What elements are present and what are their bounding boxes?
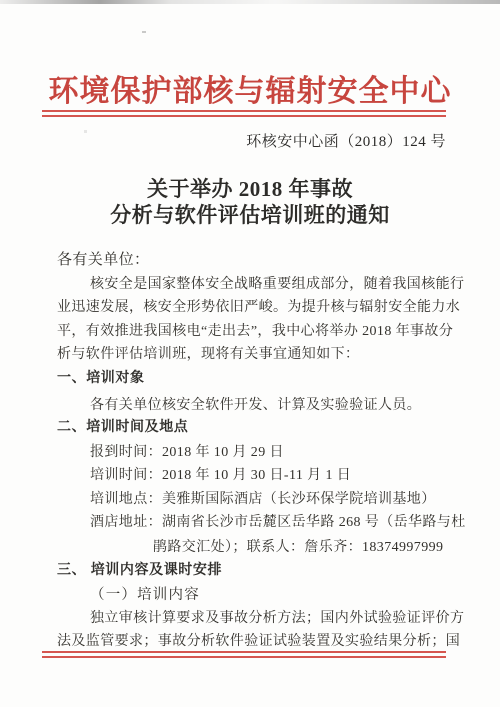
section-heading-content-schedule: 三、 培训内容及课时安排 <box>57 559 222 579</box>
letterhead-org-name: 环境保护部核与辐射安全中心 <box>0 66 500 110</box>
detail-line-training-time: 培训时间：2018 年 10 月 30 日-11 月 1 日 <box>90 464 351 484</box>
salutation: 各有关单位： <box>57 248 149 269</box>
intro-paragraph-line: 平，有效推进我国核电“走出去”，我中心将举办 2018 年事故分 <box>57 320 453 340</box>
intro-paragraph-line: 核安全是国家整体安全战略重要组成部分，随着我国核能行 <box>90 273 464 293</box>
detail-line-training-venue: 培训地点：美雅斯国际酒店（长沙环保学院培训基地） <box>90 488 436 508</box>
section-body-training-target: 各有关单位核安全软件开发、计算及实验验证人员。 <box>90 394 421 414</box>
scan-artifact-top-edge <box>0 0 500 4</box>
content-paragraph-line: 法及监管要求；事故分析软件验证试验装置及实验结果分析；国 <box>57 630 460 650</box>
scan-artifact-speck <box>142 31 146 33</box>
intro-paragraph-line: 业迅速发展，核安全形势依旧严峻。为提升核与辐射安全能力水 <box>57 296 460 316</box>
document-page: 环境保护部核与辐射安全中心 环核安中心函（2018）124 号 关于举办 201… <box>0 0 500 707</box>
detail-line-checkin-time: 报到时间：2018 年 10 月 29 日 <box>90 441 284 461</box>
subsection-heading-training-content: （一）培训内容 <box>90 583 200 604</box>
footer-divider-rule <box>42 651 446 658</box>
doc-number: 环核安中心函（2018）124 号 <box>246 130 446 151</box>
letterhead-divider-rule <box>42 110 446 117</box>
scan-artifact-speck <box>84 130 87 133</box>
intro-paragraph-line: 析与软件评估培训班，现将有关事宜通知如下： <box>57 343 359 363</box>
section-heading-time-place: 二、培训时间及地点 <box>57 416 188 436</box>
notice-title-line2: 分析与软件评估培训班的通知 <box>0 199 500 229</box>
content-paragraph-line: 独立审核计算要求及事故分析方法；国内外试验验证评价方 <box>90 607 464 627</box>
detail-line-hotel-address: 酒店地址：湖南省长沙市岳麓区岳华路 268 号（岳华路与杜 <box>90 511 466 531</box>
detail-line-hotel-address-contact: 鹃路交汇处）；联系人：詹乐齐：18374997999 <box>153 536 443 556</box>
section-heading-training-target: 一、培训对象 <box>57 367 145 387</box>
